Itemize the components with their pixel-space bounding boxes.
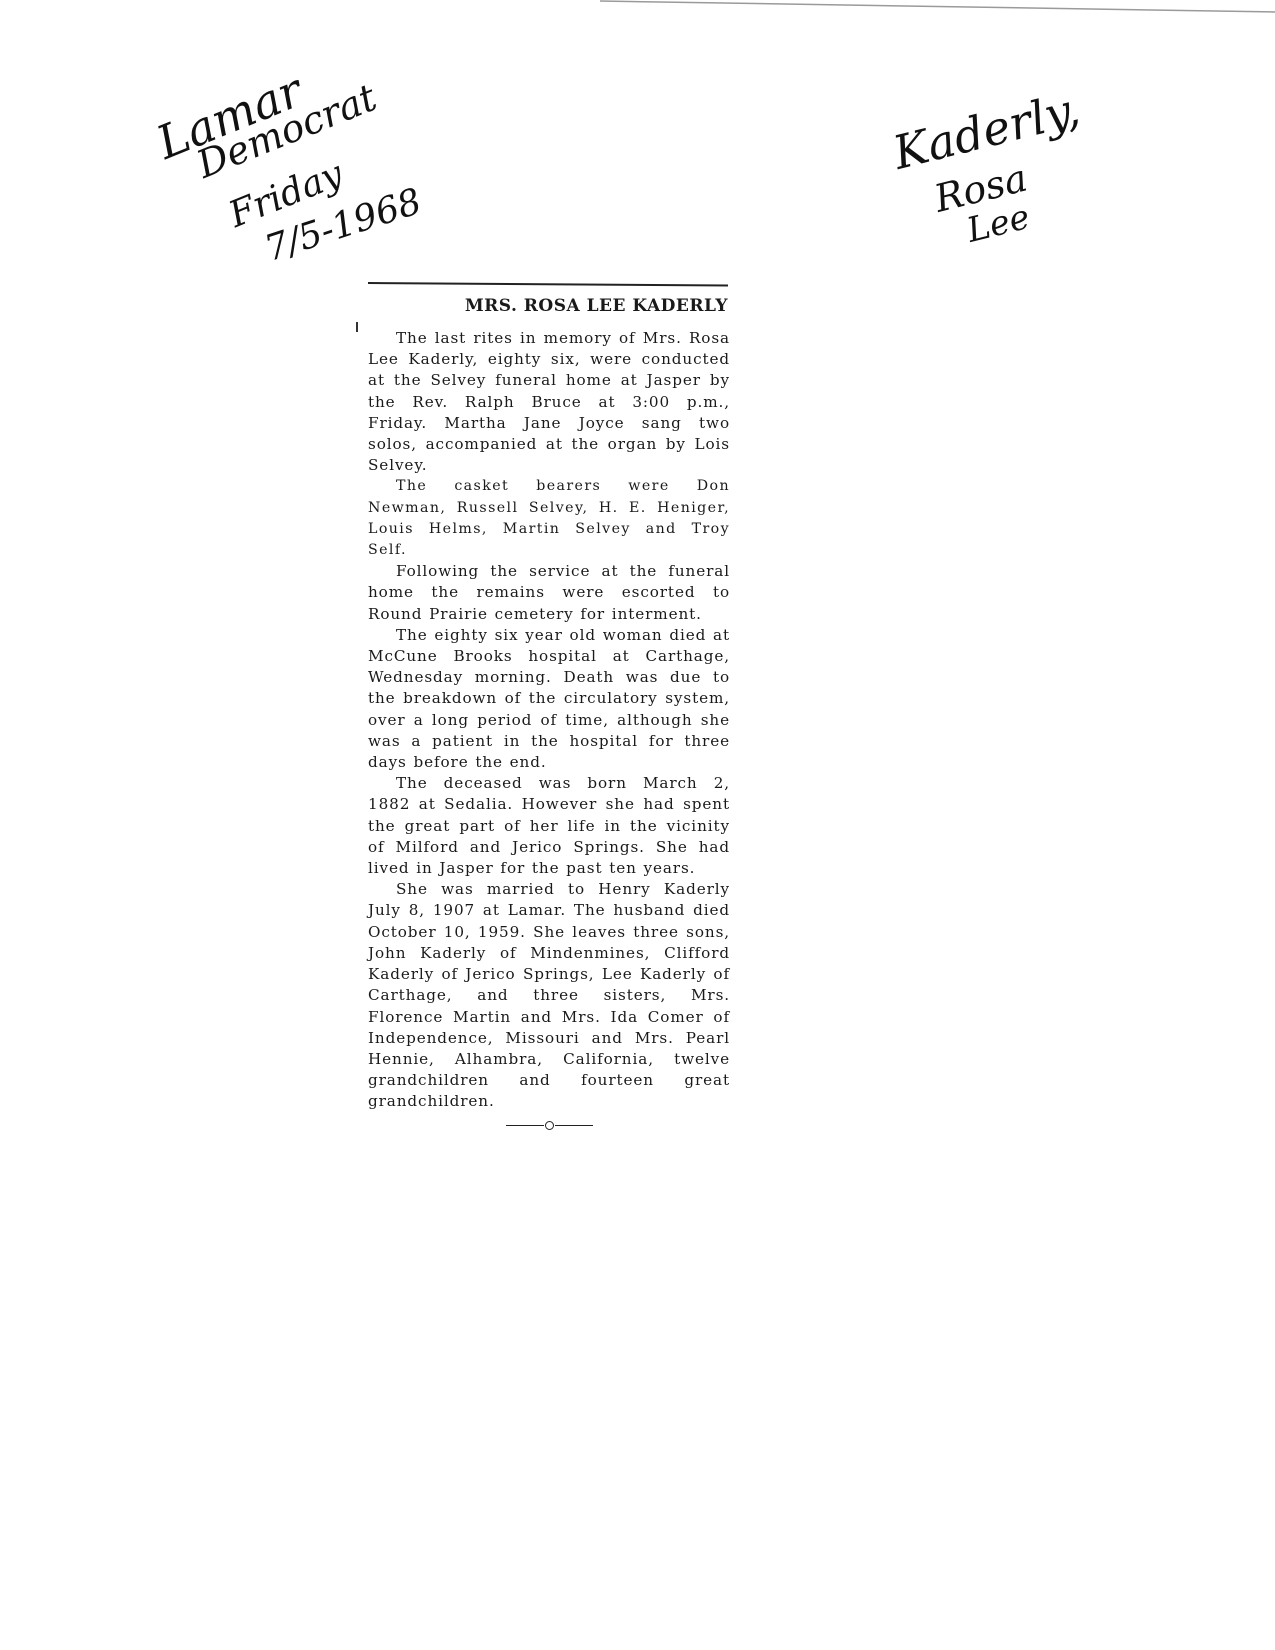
handwritten-subject-note: Kaderly, Rosa Lee [900, 110, 1100, 270]
margin-mark [356, 322, 358, 332]
obituary-headline: MRS. ROSA LEE KADERLY [368, 296, 728, 316]
newspaper-clipping: MRS. ROSA LEE KADERLY The last rites in … [368, 282, 730, 1130]
paragraph: The eighty six year old wo­man died at M… [368, 625, 730, 773]
scan-edge-shadow [600, 0, 1275, 14]
paragraph: Following the service at the funeral hom… [368, 561, 730, 625]
paragraph: The deceased was born March 2, 1882 at S… [368, 773, 730, 879]
obituary-body: The last rites in memory of Mrs. Rosa Le… [368, 328, 730, 1113]
paragraph: The last rites in memory of Mrs. Rosa Le… [368, 328, 730, 476]
handwritten-source-note: Lamar Democrat Friday 7/5-1968 [160, 100, 440, 300]
end-ornament [499, 1121, 599, 1130]
paragraph: The casket bearers were Don Newman, Russ… [368, 476, 730, 561]
paragraph: She was married to Henry Kaderly July 8,… [368, 879, 730, 1112]
column-rule [368, 282, 728, 287]
note-line: Kaderly, [889, 85, 1084, 176]
